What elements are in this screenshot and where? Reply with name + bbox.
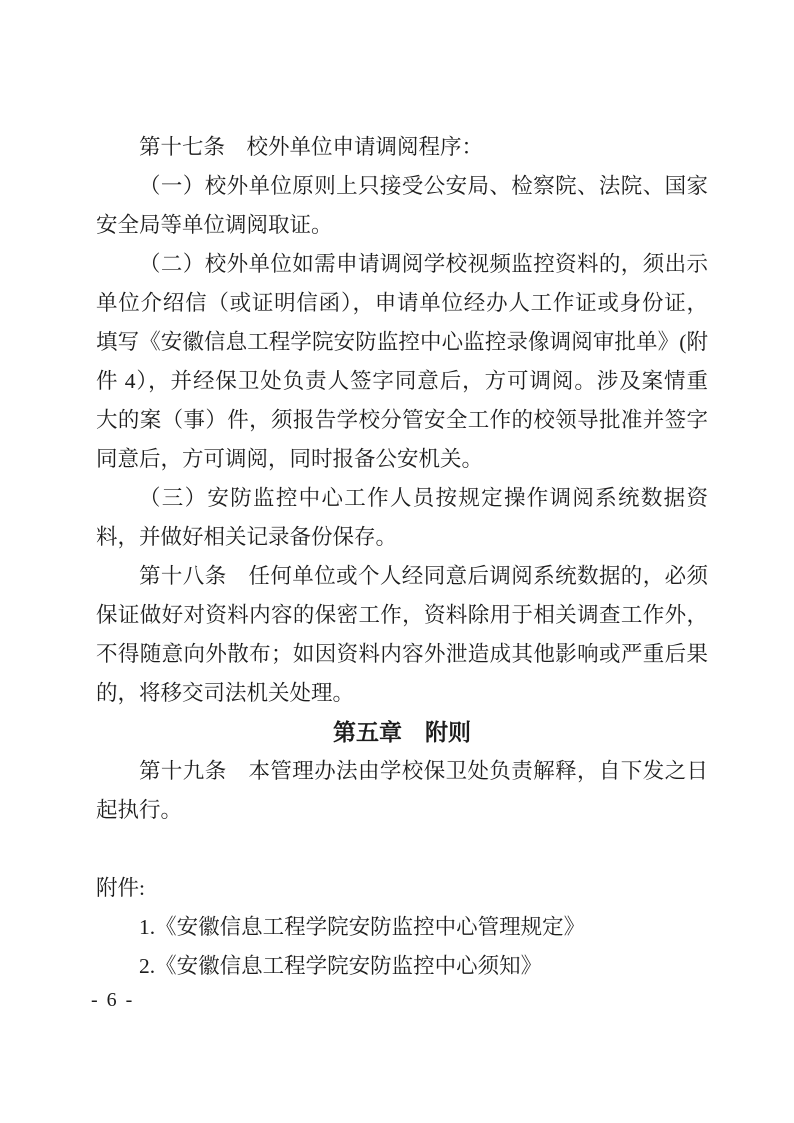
text-line: 同意后，方可调阅，同时报备公安机关。 bbox=[96, 440, 708, 479]
page-number: - 6 - bbox=[91, 988, 134, 1012]
text-line: 的，将移交司法机关处理。 bbox=[96, 674, 708, 713]
text-line: 第十七条 校外单位申请调阅程序： bbox=[96, 128, 708, 167]
document-body: 第十七条 校外单位申请调阅程序：（一）校外单位原则上只接受公安局、检察院、法院、… bbox=[96, 128, 708, 986]
text-line: 件 4），并经保卫处负责人签字同意后，方可调阅。涉及案情重 bbox=[96, 362, 708, 401]
text-line: （二）校外单位如需申请调阅学校视频监控资料的，须出示 bbox=[96, 245, 708, 284]
text-line: （一）校外单位原则上只接受公安局、检察院、法院、国家 bbox=[96, 167, 708, 206]
text-line: 第十九条 本管理办法由学校保卫处负责解释，自下发之日 bbox=[96, 752, 708, 791]
text-line: 1.《安徽信息工程学院安防监控中心管理规定》 bbox=[96, 908, 708, 947]
text-line: 单位介绍信（或证明信函），申请单位经办人工作证或身份证， bbox=[96, 284, 708, 323]
text-line: 大的案（事）件，须报告学校分管安全工作的校领导批准并签字 bbox=[96, 401, 708, 440]
chapter-heading: 第五章 附则 bbox=[96, 713, 708, 752]
text-line: 不得随意向外散布；如因资料内容外泄造成其他影响或严重后果 bbox=[96, 635, 708, 674]
text-line: 安全局等单位调阅取证。 bbox=[96, 206, 708, 245]
text-line: 2.《安徽信息工程学院安防监控中心须知》 bbox=[96, 947, 708, 986]
text-line: 第十八条 任何单位或个人经同意后调阅系统数据的，必须 bbox=[96, 557, 708, 596]
document-page: 第十七条 校外单位申请调阅程序：（一）校外单位原则上只接受公安局、检察院、法院、… bbox=[0, 0, 794, 1123]
text-line: 保证做好对资料内容的保密工作，资料除用于相关调查工作外， bbox=[96, 596, 708, 635]
text-line: 填写《安徽信息工程学院安防监控中心监控录像调阅审批单》(附 bbox=[96, 323, 708, 362]
text-line: （三）安防监控中心工作人员按规定操作调阅系统数据资 bbox=[96, 479, 708, 518]
text-line: 起执行。 bbox=[96, 791, 708, 830]
blank-line bbox=[96, 830, 708, 869]
text-line: 料，并做好相关记录备份保存。 bbox=[96, 518, 708, 557]
text-line: 附件: bbox=[96, 869, 708, 908]
